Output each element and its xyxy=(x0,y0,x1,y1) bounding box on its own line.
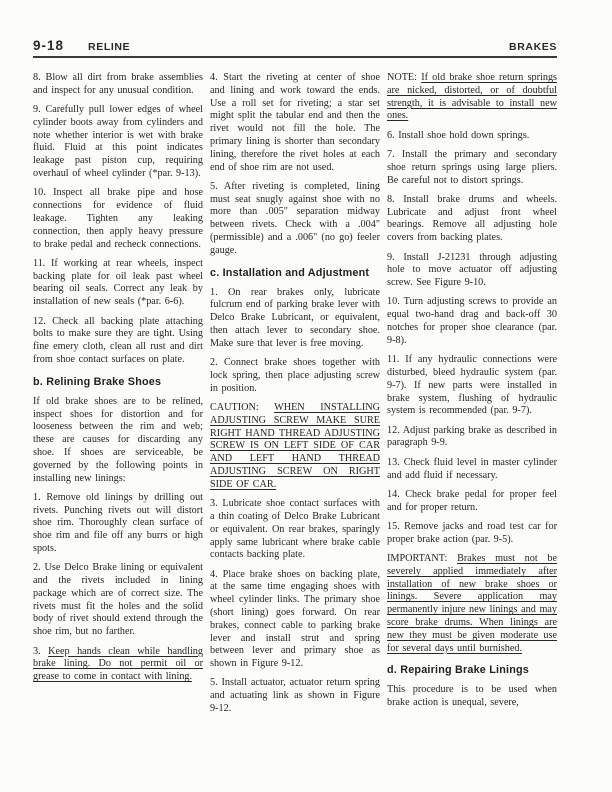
page-header: 9-18 RELINE BRAKES xyxy=(33,38,557,58)
paragraph: 7. Install the primary and secondary sho… xyxy=(387,149,557,187)
paragraph: 5. Install actuator, actuator return spr… xyxy=(210,677,380,715)
section-heading: b. Relining Brake Shoes xyxy=(33,376,203,388)
text-segment: 8. Install brake drums and wheels. Lubri… xyxy=(387,194,557,243)
text-segment: 12. Check all backing plate attaching bo… xyxy=(33,316,203,365)
paragraph: 8. Blow all dirt from brake assemblies a… xyxy=(33,72,203,98)
text-segment: 11. If any hydraulic connections were di… xyxy=(387,354,557,416)
section-heading: d. Repairing Brake Linings xyxy=(387,664,557,676)
text-segment: This procedure is to be used when brake … xyxy=(387,684,557,708)
paragraph: 3. Lubricate shoe contact surfaces with … xyxy=(210,498,380,562)
paragraph: 4. Start the riveting at center of shoe … xyxy=(210,72,380,174)
header-left-group: 9-18 RELINE xyxy=(33,38,130,53)
paragraph: 14. Check brake pedal for proper feel an… xyxy=(387,489,557,515)
text-segment: 13. Check fluid level in master cylinder… xyxy=(387,457,557,481)
paragraph: 10. Turn adjusting screws to provide an … xyxy=(387,296,557,347)
text-segment: 5. After riveting is completed, lining m… xyxy=(210,181,380,256)
paragraph: CAUTION: WHEN INSTALLING ADJUSTING SCREW… xyxy=(210,402,380,492)
text-segment: 4. Place brake shoes on backing plate, a… xyxy=(210,569,380,670)
manual-page: 9-18 RELINE BRAKES 8. Blow all dirt from… xyxy=(0,0,612,792)
underlined-text: Keep hands clean while handling brake li… xyxy=(33,646,203,683)
paragraph: 11. If working at rear wheels, inspect b… xyxy=(33,258,203,309)
underlined-text: Brakes must not be severely applied imme… xyxy=(387,553,557,654)
text-segment: 7. Install the primary and secondary sho… xyxy=(387,149,557,186)
text-segment: 2. Connect brake shoes together with loc… xyxy=(210,357,380,394)
text-segment: 14. Check brake pedal for proper feel an… xyxy=(387,489,557,513)
paragraph: 8. Install brake drums and wheels. Lubri… xyxy=(387,194,557,245)
text-segment: 9. Install J-21231 through adjusting hol… xyxy=(387,252,557,289)
paragraph: 15. Remove jacks and road test car for p… xyxy=(387,521,557,547)
text-segment: c. Installation and Adjustment xyxy=(210,267,369,279)
text-segment: b. Relining Brake Shoes xyxy=(33,376,161,388)
paragraph: 9. Carefully pull lower edges of wheel c… xyxy=(33,104,203,181)
text-segment: d. Repairing Brake Linings xyxy=(387,664,529,676)
text-segment: NOTE: xyxy=(387,72,421,83)
text-segment: 9. Carefully pull lower edges of wheel c… xyxy=(33,104,203,179)
text-segment: 3. Lubricate shoe contact surfaces with … xyxy=(210,498,380,560)
text-segment: IMPORTANT: xyxy=(387,553,457,564)
paragraph: 11. If any hydraulic connections were di… xyxy=(387,354,557,418)
column-3: NOTE: If old brake shoe return springs a… xyxy=(387,72,557,722)
text-segment: 1. Remove old linings by drilling out ri… xyxy=(33,492,203,554)
paragraph: 4. Place brake shoes on backing plate, a… xyxy=(210,569,380,671)
header-section-left: RELINE xyxy=(88,41,130,53)
paragraph: 1. Remove old linings by drilling out ri… xyxy=(33,492,203,556)
text-segment: 2. Use Delco Brake lining or equivalent … xyxy=(33,562,203,637)
text-segment: If old brake shoes are to be relined, in… xyxy=(33,396,203,484)
column-1: 8. Blow all dirt from brake assemblies a… xyxy=(33,72,203,722)
text-segment: 12. Adjust parking brake as described in… xyxy=(387,425,557,449)
text-segment: 8. Blow all dirt from brake assemblies a… xyxy=(33,72,203,96)
text-segment: 1. On rear brakes only, lubricate fulcru… xyxy=(210,287,380,349)
text-segment: CAUTION: xyxy=(210,402,274,413)
header-section-right: BRAKES xyxy=(509,41,557,53)
paragraph: 9. Install J-21231 through adjusting hol… xyxy=(387,252,557,290)
paragraph: 13. Check fluid level in master cylinder… xyxy=(387,457,557,483)
text-segment: 15. Remove jacks and road test car for p… xyxy=(387,521,557,545)
text-segment: 6. Install shoe hold down springs. xyxy=(387,130,529,141)
page-number: 9-18 xyxy=(33,38,64,53)
paragraph: IMPORTANT: Brakes must not be severely a… xyxy=(387,553,557,655)
paragraph: 1. On rear brakes only, lubricate fulcru… xyxy=(210,287,380,351)
text-segment: 4. Start the riveting at center of shoe … xyxy=(210,72,380,173)
underlined-text: WHEN INSTALLING ADJUSTING SCREW MAKE SUR… xyxy=(210,402,380,490)
column-2: 4. Start the riveting at center of shoe … xyxy=(210,72,380,722)
paragraph: 10. Inspect all brake pipe and hose conn… xyxy=(33,187,203,251)
paragraph: If old brake shoes are to be relined, in… xyxy=(33,396,203,486)
paragraph: This procedure is to be used when brake … xyxy=(387,684,557,710)
text-columns: 8. Blow all dirt from brake assemblies a… xyxy=(33,72,557,722)
text-segment: 10. Inspect all brake pipe and hose conn… xyxy=(33,187,203,249)
paragraph: NOTE: If old brake shoe return springs a… xyxy=(387,72,557,123)
paragraph: 6. Install shoe hold down springs. xyxy=(387,130,557,143)
paragraph: 2. Connect brake shoes together with loc… xyxy=(210,357,380,395)
paragraph: 5. After riveting is completed, lining m… xyxy=(210,181,380,258)
paragraph: 12. Adjust parking brake as described in… xyxy=(387,425,557,451)
section-heading: c. Installation and Adjustment xyxy=(210,267,380,279)
paragraph: 3. Keep hands clean while handling brake… xyxy=(33,646,203,684)
text-segment: 10. Turn adjusting screws to provide an … xyxy=(387,296,557,345)
paragraph: 12. Check all backing plate attaching bo… xyxy=(33,316,203,367)
paragraph: 2. Use Delco Brake lining or equivalent … xyxy=(33,562,203,639)
text-segment: 11. If working at rear wheels, inspect b… xyxy=(33,258,203,307)
text-segment: 5. Install actuator, actuator return spr… xyxy=(210,677,380,714)
text-segment: 3. xyxy=(33,646,48,657)
